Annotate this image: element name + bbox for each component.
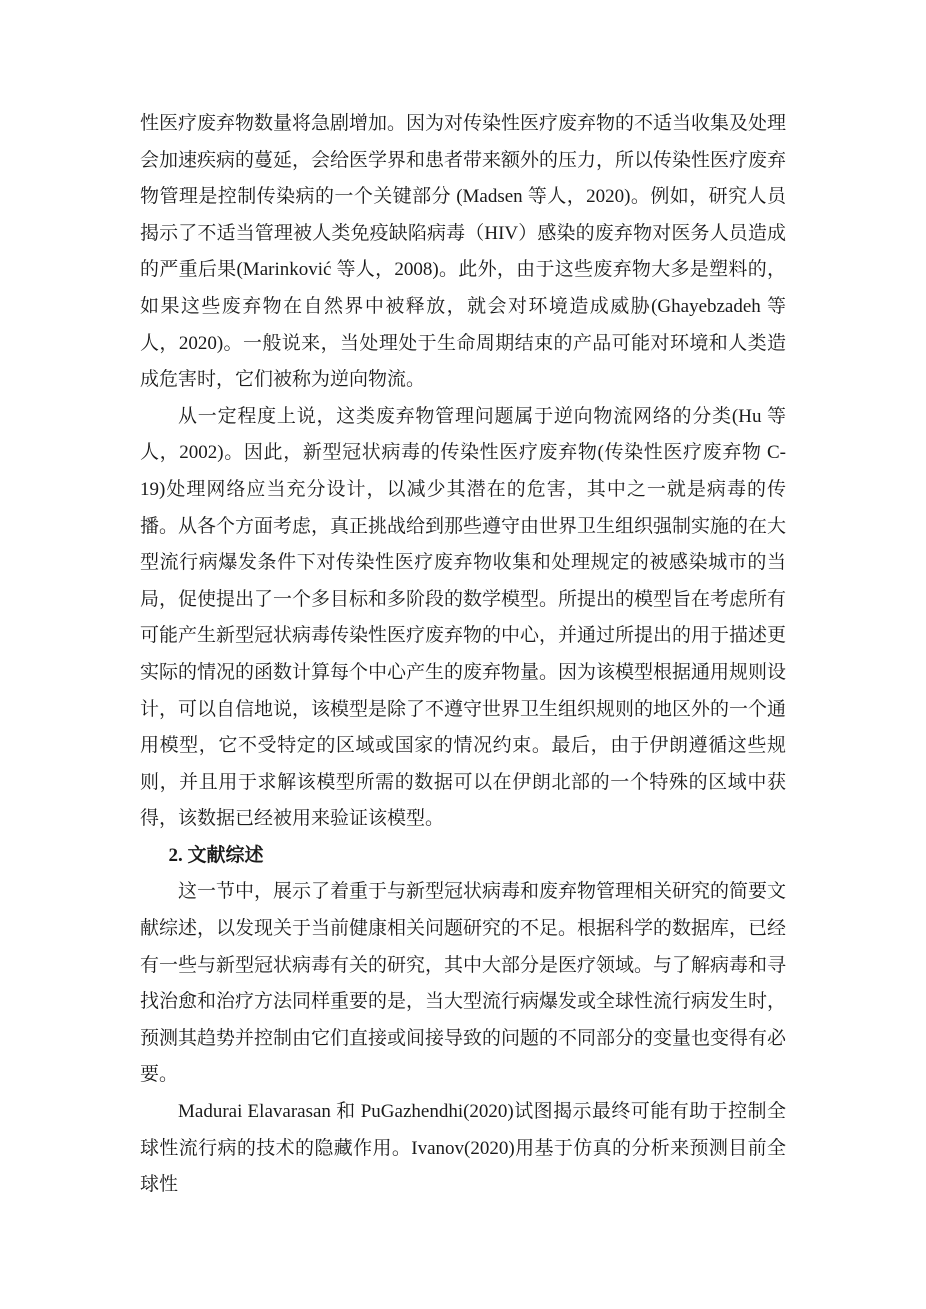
paragraph-literature-review-intro: 这一节中，展示了着重于与新型冠状病毒和废弃物管理相关研究的简要文献综述，以发现关…	[140, 874, 786, 1094]
document-page: 性医疗废弃物数量将急剧增加。因为对传染性医疗废弃物的不适当收集及处理会加速疾病的…	[0, 0, 926, 1309]
paragraph-reverse-logistics-model: 从一定程度上说，这类废弃物管理问题属于逆向物流网络的分类(Hu 等人，2002)…	[140, 399, 786, 838]
text-body: 性医疗废弃物数量将急剧增加。因为对传染性医疗废弃物的不适当收集及处理会加速疾病的…	[140, 106, 786, 1204]
paragraph-medical-waste-management: 性医疗废弃物数量将急剧增加。因为对传染性医疗废弃物的不适当收集及处理会加速疾病的…	[140, 106, 786, 399]
paragraph-cited-studies: Madurai Elavarasan 和 PuGazhendhi(2020)试图…	[140, 1094, 786, 1204]
section-heading-literature-review: 2. 文献综述	[140, 838, 786, 875]
